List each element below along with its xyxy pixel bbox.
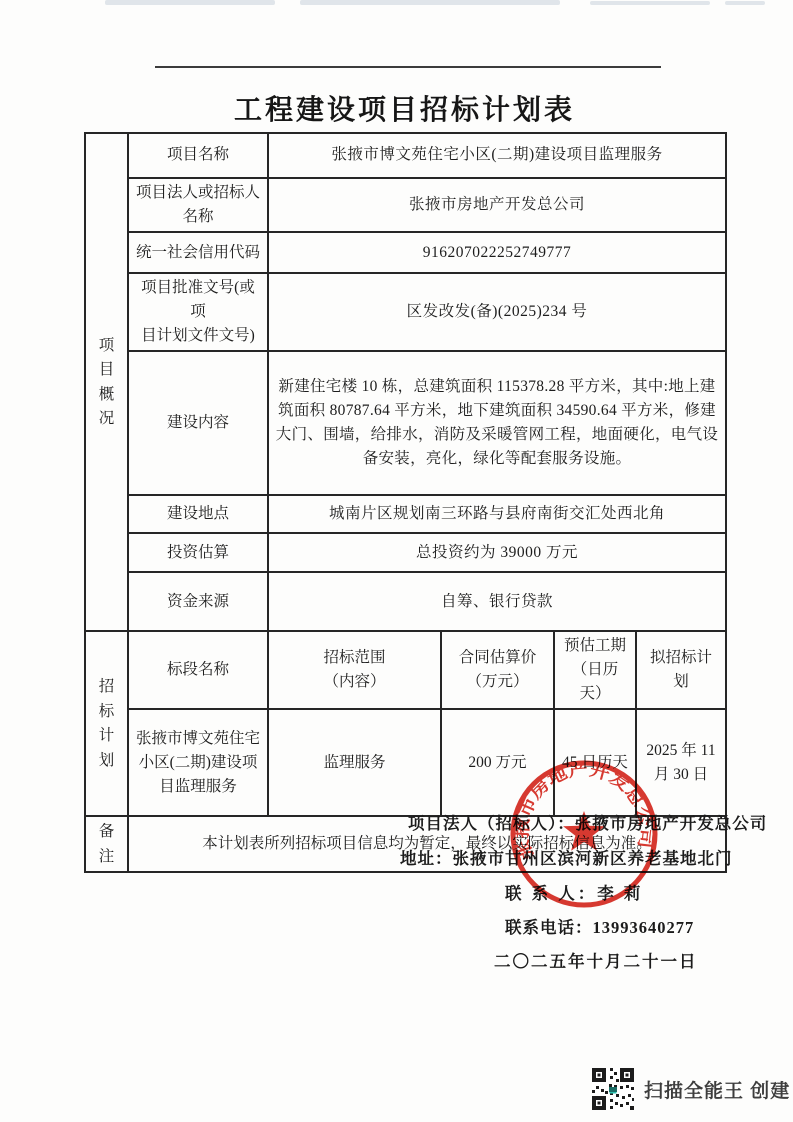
scanner-watermark: 扫描全能王 创建 <box>592 1068 790 1110</box>
bid-cell-duration: 45 日历天 <box>554 709 636 816</box>
footer-contact: 联 系 人：李 莉 <box>505 880 643 904</box>
row-label-project-name: 项目名称 <box>128 133 268 178</box>
row-label-legal-person: 项目法人或招标人 名称 <box>128 178 268 232</box>
row-value-construction-content: 新建住宅楼 10 栋，总建筑面积 115378.28 平方米，其中:地上建筑面积… <box>268 351 726 495</box>
scanned-document-page: 工程建设项目招标计划表 项目概况 项目名称 张掖市博文苑住宅小区(二期)建设项目… <box>0 0 793 1122</box>
bid-header-section-name: 标段名称 <box>128 631 268 709</box>
scanner-watermark-text: 扫描全能王 创建 <box>644 1076 790 1103</box>
row-label-approval-number: 项目批准文号(或项 目计划文件文号) <box>128 273 268 351</box>
bid-header-scope: 招标范围 （内容） <box>268 631 441 709</box>
row-label-credit-code: 统一社会信用代码 <box>128 232 268 273</box>
footer-address: 地址：张掖市甘州区滨河新区养老基地北门 <box>400 845 733 869</box>
document-title: 工程建设项目招标计划表 <box>84 88 725 128</box>
bid-header-duration: 预估工期 （日历天） <box>554 631 636 709</box>
section-label-remarks: 备注 <box>85 816 128 872</box>
bid-header-contract-estimate: 合同估算价 （万元） <box>441 631 554 709</box>
qr-code-icon <box>592 1068 634 1110</box>
section-label-remarks-text: 备注 <box>92 824 121 864</box>
scan-edge-artifact <box>725 1 765 5</box>
row-value-investment-estimate: 总投资约为 39000 万元 <box>268 533 726 572</box>
bid-cell-section-name: 张掖市博文苑住宅小区(二期)建设项目监理服务 <box>128 709 268 816</box>
section-label-overview-text: 项目概况 <box>92 338 121 427</box>
bid-cell-contract-estimate: 200 万元 <box>441 709 554 816</box>
header-divider-line <box>155 66 661 68</box>
row-label-funding-source: 资金来源 <box>128 572 268 631</box>
section-label-bidding-plan-text: 招标计划 <box>92 679 121 768</box>
scan-edge-artifact <box>590 1 710 5</box>
bid-cell-scope: 监理服务 <box>268 709 441 816</box>
row-label-construction-content: 建设内容 <box>128 351 268 495</box>
row-value-credit-code: 916207022252749777 <box>268 232 726 273</box>
row-value-legal-person: 张掖市房地产开发总公司 <box>268 178 726 232</box>
row-label-investment-estimate: 投资估算 <box>128 533 268 572</box>
bid-cell-plan-date: 2025 年 11 月 30 日 <box>636 709 726 816</box>
row-value-approval-number: 区发改发(备)(2025)234 号 <box>268 273 726 351</box>
row-value-construction-site: 城南片区规划南三环路与县府南街交汇处西北角 <box>268 495 726 533</box>
footer-date: 二〇二五年十月二十一日 <box>494 948 698 972</box>
row-value-project-name: 张掖市博文苑住宅小区(二期)建设项目监理服务 <box>268 133 726 178</box>
footer-legal-person: 项目法人（招标人）：张掖市房地产开发总公司 <box>408 810 767 834</box>
scan-edge-artifact <box>105 0 275 5</box>
section-label-bidding-plan: 招标计划 <box>85 631 128 816</box>
row-label-construction-site: 建设地点 <box>128 495 268 533</box>
bid-header-plan-date: 拟招标计划 <box>636 631 726 709</box>
bidding-plan-table: 项目概况 项目名称 张掖市博文苑住宅小区(二期)建设项目监理服务 项目法人或招标… <box>84 132 727 873</box>
section-label-overview: 项目概况 <box>85 133 128 631</box>
footer-phone: 联系电话：13993640277 <box>505 914 694 938</box>
row-value-funding-source: 自筹、银行贷款 <box>268 572 726 631</box>
scan-edge-artifact <box>300 0 560 5</box>
